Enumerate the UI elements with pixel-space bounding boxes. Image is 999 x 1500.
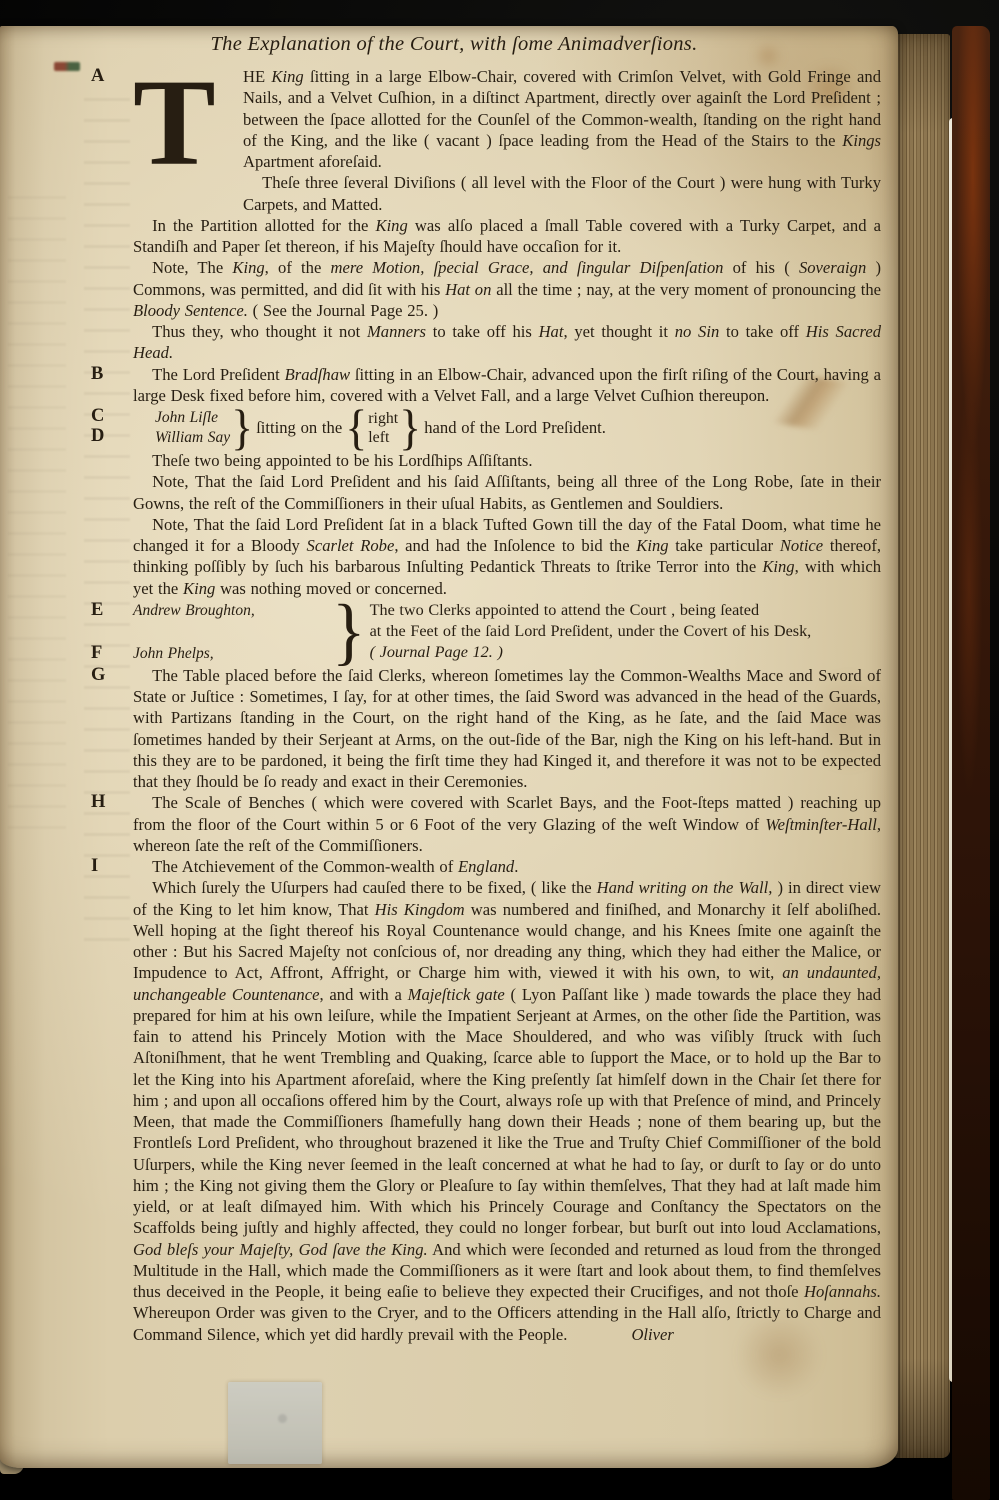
brace-glyph: } [230, 405, 254, 450]
text-run: Apartment aforeſaid. [243, 152, 382, 171]
text-run: ( Lyon Paſſant like ) made towards the p… [133, 985, 881, 1238]
text-run: Theſe three ſeveral Diviſions ( all leve… [243, 173, 881, 213]
paragraph: Theſe two being appointed to be his Lord… [133, 450, 881, 471]
text-run: to take off his [426, 322, 539, 341]
text-run: HE [243, 67, 271, 86]
text-run: to take off [719, 322, 806, 341]
option-line: left [368, 428, 398, 447]
text-run: In the Partition allotted for the [152, 216, 375, 235]
text-run: Majeſtick gate [408, 985, 505, 1004]
paragraph: Thus they, who thought it not Manners to… [133, 321, 881, 364]
text-run: . [514, 857, 518, 876]
catchword: Oliver [567, 1325, 673, 1344]
text-run: God bleſs your Majeſty, God ſave the Kin… [133, 1240, 428, 1259]
show-through-text [8, 196, 66, 836]
book-fore-edge [893, 34, 950, 1458]
name-line: William Say [155, 428, 230, 448]
clerk-names: Andrew Broughton,John Phelps, [133, 601, 331, 663]
text-run: ſitting in a large Elbow-Chair, covered … [243, 67, 881, 150]
name-line: John Liſle [155, 408, 230, 428]
paragraph: Note, The King, of the mere Motion, ſpec… [133, 257, 881, 321]
text-run: Theſe two being appointed to be his Lord… [152, 451, 532, 470]
text-run: Manners [367, 322, 426, 341]
brace-tail: hand of the Lord Preſident. [422, 417, 608, 438]
book-cover-board [952, 26, 990, 1500]
text-run: Whereupon Order was given to the Cryer, … [133, 1303, 881, 1343]
text-run: King [183, 579, 215, 598]
photograph-of-open-book: The Explanation of the Court, with ſome … [0, 0, 999, 1500]
text-run: The Table placed before the ſaid Clerks,… [133, 666, 881, 791]
paragraph: In the Partition allotted for the King w… [133, 215, 881, 258]
margin-letter-d: D [91, 426, 104, 447]
paragraph: Theſe three ſeveral Diviſions ( all leve… [133, 172, 881, 215]
margin-letter-g: G [91, 665, 105, 686]
text-run: The Atchievement of the Common-wealth of [152, 857, 458, 876]
text-run: Note, The [152, 258, 232, 277]
text-run: King [232, 258, 264, 277]
paragraph: Which ſurely the Uſurpers had cauſed the… [133, 877, 881, 1345]
text-run: Thus they, who thought it not [152, 322, 367, 341]
clerk-name-line: Andrew Broughton, [133, 601, 331, 620]
text-run: Note, That the ſaid Lord Preſident and h… [133, 472, 881, 512]
paper-sticker [228, 1382, 322, 1464]
binding-thread [54, 62, 80, 71]
margin-letter-a: A [91, 66, 104, 87]
text-run: Notice [780, 536, 823, 555]
text-run: Hand writing on the Wall, [597, 878, 773, 897]
margin-letter-i: I [91, 856, 98, 877]
hand-options: rightleft [368, 409, 398, 447]
text-run: His Kingdom [375, 900, 465, 919]
text-run: all the time ; nay, at the very moment o… [491, 280, 881, 299]
margin-letter-f: F [91, 643, 102, 664]
text-run: King [271, 67, 303, 86]
brace-glyph: } [331, 597, 367, 666]
text-run: The Lord Preſident [152, 365, 285, 384]
text-run: Hat [539, 322, 564, 341]
text-run: Hat on [445, 280, 491, 299]
text-run: Which ſurely the Uſurpers had cauſed the… [152, 878, 597, 897]
brace-connector: ſitting on the [254, 417, 344, 438]
margin-letter-e: E [91, 600, 103, 621]
option-line: right [368, 409, 398, 428]
assistant-names: John LiſleWilliam Say [133, 408, 230, 448]
text-run: England [458, 857, 514, 876]
text-flow: ATHE King ſitting in a large Elbow-Chair… [133, 66, 881, 1345]
text-run: Weſtminſter-Hall [765, 815, 877, 834]
text-run: Hoſannahs. [804, 1282, 881, 1301]
text-run: take particular [669, 536, 780, 555]
text-run: Bloody Sentence. [133, 301, 248, 320]
clerk-name-line: John Phelps, [133, 644, 331, 663]
text-run: mere Motion, ſpecial Grace, and ſingular… [331, 258, 724, 277]
text-run: King [376, 216, 408, 235]
text-run: of his ( [723, 258, 799, 277]
description-line: ( Journal Page 12. ) [370, 642, 881, 663]
text-run: Soveraign [799, 258, 866, 277]
brace-glyph: } [398, 405, 422, 450]
description-line: at the Feet of the ſaid Lord Preſident, … [370, 621, 881, 642]
text-run: , of the [265, 258, 331, 277]
paragraph: IThe Atchievement of the Common-wealth o… [133, 856, 881, 877]
text-run: , yet thought it [563, 322, 674, 341]
text-run: , and with a [319, 985, 407, 1004]
paragraph: Note, That the ſaid Lord Preſident and h… [133, 471, 881, 514]
margin-letter-b: B [91, 364, 103, 385]
text-run: ( See the Journal Page 25. ) [248, 301, 438, 320]
paragraph: HThe Scale of Benches ( which were cover… [133, 792, 881, 856]
book-page: The Explanation of the Court, with ſome … [0, 26, 898, 1468]
page-heading: The Explanation of the Court, with ſome … [104, 33, 804, 56]
text-run: Scarlet Robe [307, 536, 395, 555]
margin-letter-c: C [91, 406, 104, 427]
clerks-brace-block: EFAndrew Broughton,John Phelps,}The two … [133, 600, 881, 664]
text-run: Bradſhaw [285, 365, 350, 384]
paragraph: ATHE King ſitting in a large Elbow-Chair… [133, 66, 881, 172]
show-through-text [84, 98, 130, 958]
text-run: , and had the Inſolence to bid the [394, 536, 636, 555]
text-run: King [636, 536, 668, 555]
text-run: Kings [842, 131, 881, 150]
clerk-description: The two Clerks appointed to attend the C… [367, 600, 881, 664]
paragraph: Note, That the ſaid Lord Preſident ſat i… [133, 514, 881, 599]
brace-glyph: { [344, 405, 368, 450]
text-run: no Sin [675, 322, 720, 341]
margin-letter-h: H [91, 792, 105, 813]
text-run: King [762, 557, 794, 576]
paragraph: GThe Table placed before the ſaid Clerks… [133, 665, 881, 793]
assistants-brace-line: CDJohn LiſleWilliam Say}ſitting on the{r… [133, 407, 881, 449]
description-line: The two Clerks appointed to attend the C… [370, 600, 881, 621]
